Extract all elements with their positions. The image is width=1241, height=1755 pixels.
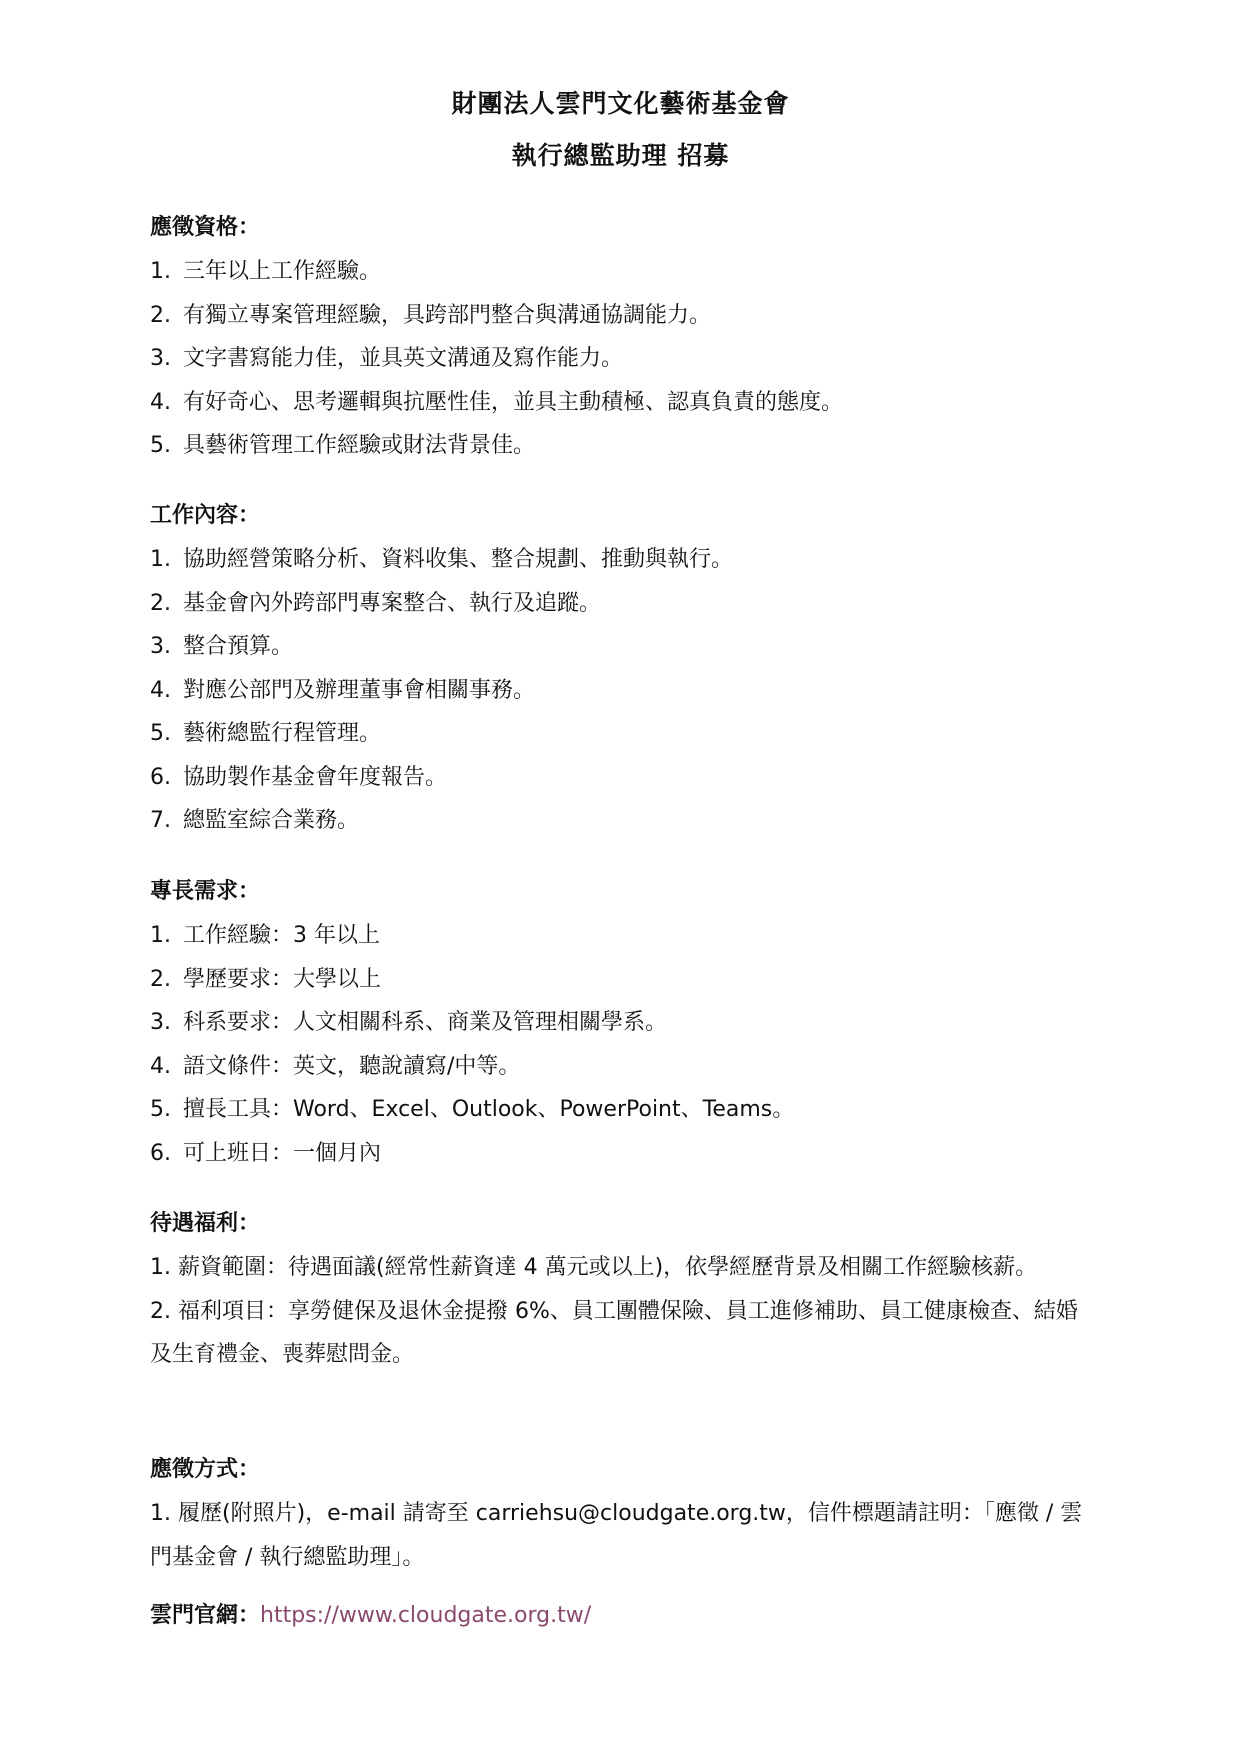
item-text: 擅長工具：Word、Excel、Outlook、PowerPoint、Teams… bbox=[183, 1097, 794, 1122]
item-number: 4. bbox=[150, 381, 183, 425]
section-requirements: 專長需求： 1.工作經驗：3 年以上 2.學歷要求：大學以上 3.科系要求：人文… bbox=[150, 870, 1090, 1175]
item-text: 對應公部門及辦理董事會相關事務。 bbox=[183, 678, 535, 703]
item-text: 履歷(附照片)，e-mail 請寄至 carriehsu@cloudgate.o… bbox=[150, 1501, 1082, 1570]
item-number: 6. bbox=[150, 1132, 183, 1176]
item-text: 基金會內外跨部門專案整合、執行及追蹤。 bbox=[183, 591, 601, 616]
item-text: 協助製作基金會年度報告。 bbox=[183, 765, 447, 790]
list-item: 1. 薪資範圍：待遇面議(經常性薪資達 4 萬元或以上)，依學經歷背景及相關工作… bbox=[150, 1246, 1090, 1290]
website-line: 雲門官網：https://www.cloudgate.org.tw/ bbox=[150, 1594, 591, 1638]
section-duties: 工作內容： 1.協助經營策略分析、資料收集、整合規劃、推動與執行。 2.基金會內… bbox=[150, 494, 1090, 843]
list-item: 5.藝術總監行程管理。 bbox=[150, 712, 1090, 756]
organization-title: 財團法人雲門文化藝術基金會 bbox=[0, 84, 1241, 120]
list-item: 7.總監室綜合業務。 bbox=[150, 799, 1090, 843]
list-item: 1.協助經營策略分析、資料收集、整合規劃、推動與執行。 bbox=[150, 538, 1090, 582]
item-number: 5. bbox=[150, 1088, 183, 1132]
section-heading: 專長需求： bbox=[150, 870, 1090, 914]
item-number: 5. bbox=[150, 424, 183, 468]
list-item: 6.可上班日：一個月內 bbox=[150, 1132, 1090, 1176]
item-number: 1. bbox=[150, 914, 183, 958]
section-heading: 待遇福利： bbox=[150, 1202, 1090, 1246]
list-item: 2.有獨立專案管理經驗，具跨部門整合與溝通協調能力。 bbox=[150, 294, 1090, 338]
item-text: 學歷要求：大學以上 bbox=[183, 967, 381, 992]
list-item: 5.擅長工具：Word、Excel、Outlook、PowerPoint、Tea… bbox=[150, 1088, 1090, 1132]
section-heading: 工作內容： bbox=[150, 494, 1090, 538]
item-text: 三年以上工作經驗。 bbox=[183, 259, 381, 284]
item-text: 文字書寫能力佳，並具英文溝通及寫作能力。 bbox=[183, 346, 623, 371]
section-benefits: 待遇福利： 1. 薪資範圍：待遇面議(經常性薪資達 4 萬元或以上)，依學經歷背… bbox=[150, 1202, 1090, 1377]
website-label: 雲門官網： bbox=[150, 1603, 260, 1628]
item-text: 工作經驗：3 年以上 bbox=[183, 923, 380, 948]
list-item: 1.工作經驗：3 年以上 bbox=[150, 914, 1090, 958]
list-item: 2.基金會內外跨部門專案整合、執行及追蹤。 bbox=[150, 582, 1090, 626]
list-item: 3.整合預算。 bbox=[150, 625, 1090, 669]
item-number: 2. bbox=[150, 582, 183, 626]
item-number: 4. bbox=[150, 669, 183, 713]
list-item: 5.具藝術管理工作經驗或財法背景佳。 bbox=[150, 424, 1090, 468]
item-text: 整合預算。 bbox=[183, 634, 293, 659]
list-item: 2. 福利項目：享勞健保及退休金提撥 6%、員工團體保險、員工進修補助、員工健康… bbox=[150, 1290, 1090, 1377]
item-number: 5. bbox=[150, 712, 183, 756]
section-heading: 應徵方式： bbox=[150, 1448, 1090, 1492]
item-number: 7. bbox=[150, 799, 183, 843]
item-number: 3. bbox=[150, 1001, 183, 1045]
list-item: 4.對應公部門及辦理董事會相關事務。 bbox=[150, 669, 1090, 713]
section-application: 應徵方式： 1. 履歷(附照片)，e-mail 請寄至 carriehsu@cl… bbox=[150, 1448, 1090, 1579]
list-item: 3.文字書寫能力佳，並具英文溝通及寫作能力。 bbox=[150, 337, 1090, 381]
list-item: 2.學歷要求：大學以上 bbox=[150, 958, 1090, 1002]
item-number: 1. bbox=[150, 538, 183, 582]
item-text: 福利項目：享勞健保及退休金提撥 6%、員工團體保險、員工進修補助、員工健康檢查、… bbox=[150, 1299, 1078, 1368]
document-page: 財團法人雲門文化藝術基金會 執行總監助理 招募 應徵資格： 1.三年以上工作經驗… bbox=[0, 0, 1241, 1755]
section-heading: 應徵資格： bbox=[150, 206, 1090, 250]
item-number: 3. bbox=[150, 337, 183, 381]
item-number: 1. bbox=[150, 250, 183, 294]
item-text: 總監室綜合業務。 bbox=[183, 808, 359, 833]
item-number: 3. bbox=[150, 625, 183, 669]
item-text: 可上班日：一個月內 bbox=[183, 1141, 381, 1166]
list-item: 6.協助製作基金會年度報告。 bbox=[150, 756, 1090, 800]
website-link[interactable]: https://www.cloudgate.org.tw/ bbox=[260, 1603, 591, 1628]
item-number: 1. bbox=[150, 1501, 171, 1526]
list-item: 3.科系要求：人文相關科系、商業及管理相關學系。 bbox=[150, 1001, 1090, 1045]
item-text: 有好奇心、思考邏輯與抗壓性佳，並具主動積極、認真負責的態度。 bbox=[183, 390, 843, 415]
item-number: 2. bbox=[150, 958, 183, 1002]
list-item: 4.有好奇心、思考邏輯與抗壓性佳，並具主動積極、認真負責的態度。 bbox=[150, 381, 1090, 425]
item-text: 有獨立專案管理經驗，具跨部門整合與溝通協調能力。 bbox=[183, 303, 711, 328]
item-number: 2. bbox=[150, 1299, 171, 1324]
item-number: 6. bbox=[150, 756, 183, 800]
list-item: 1. 履歷(附照片)，e-mail 請寄至 carriehsu@cloudgat… bbox=[150, 1492, 1090, 1579]
item-text: 協助經營策略分析、資料收集、整合規劃、推動與執行。 bbox=[183, 547, 733, 572]
list-item: 4.語文條件：英文，聽說讀寫/中等。 bbox=[150, 1045, 1090, 1089]
item-text: 科系要求：人文相關科系、商業及管理相關學系。 bbox=[183, 1010, 667, 1035]
item-text: 薪資範圍：待遇面議(經常性薪資達 4 萬元或以上)，依學經歷背景及相關工作經驗核… bbox=[178, 1255, 1037, 1280]
job-title: 執行總監助理 招募 bbox=[0, 136, 1241, 172]
item-text: 藝術總監行程管理。 bbox=[183, 721, 381, 746]
item-text: 具藝術管理工作經驗或財法背景佳。 bbox=[183, 433, 535, 458]
item-number: 1. bbox=[150, 1255, 171, 1280]
list-item: 1.三年以上工作經驗。 bbox=[150, 250, 1090, 294]
item-text: 語文條件：英文，聽說讀寫/中等。 bbox=[183, 1054, 520, 1079]
item-number: 4. bbox=[150, 1045, 183, 1089]
item-number: 2. bbox=[150, 294, 183, 338]
section-qualifications: 應徵資格： 1.三年以上工作經驗。 2.有獨立專案管理經驗，具跨部門整合與溝通協… bbox=[150, 206, 1090, 468]
